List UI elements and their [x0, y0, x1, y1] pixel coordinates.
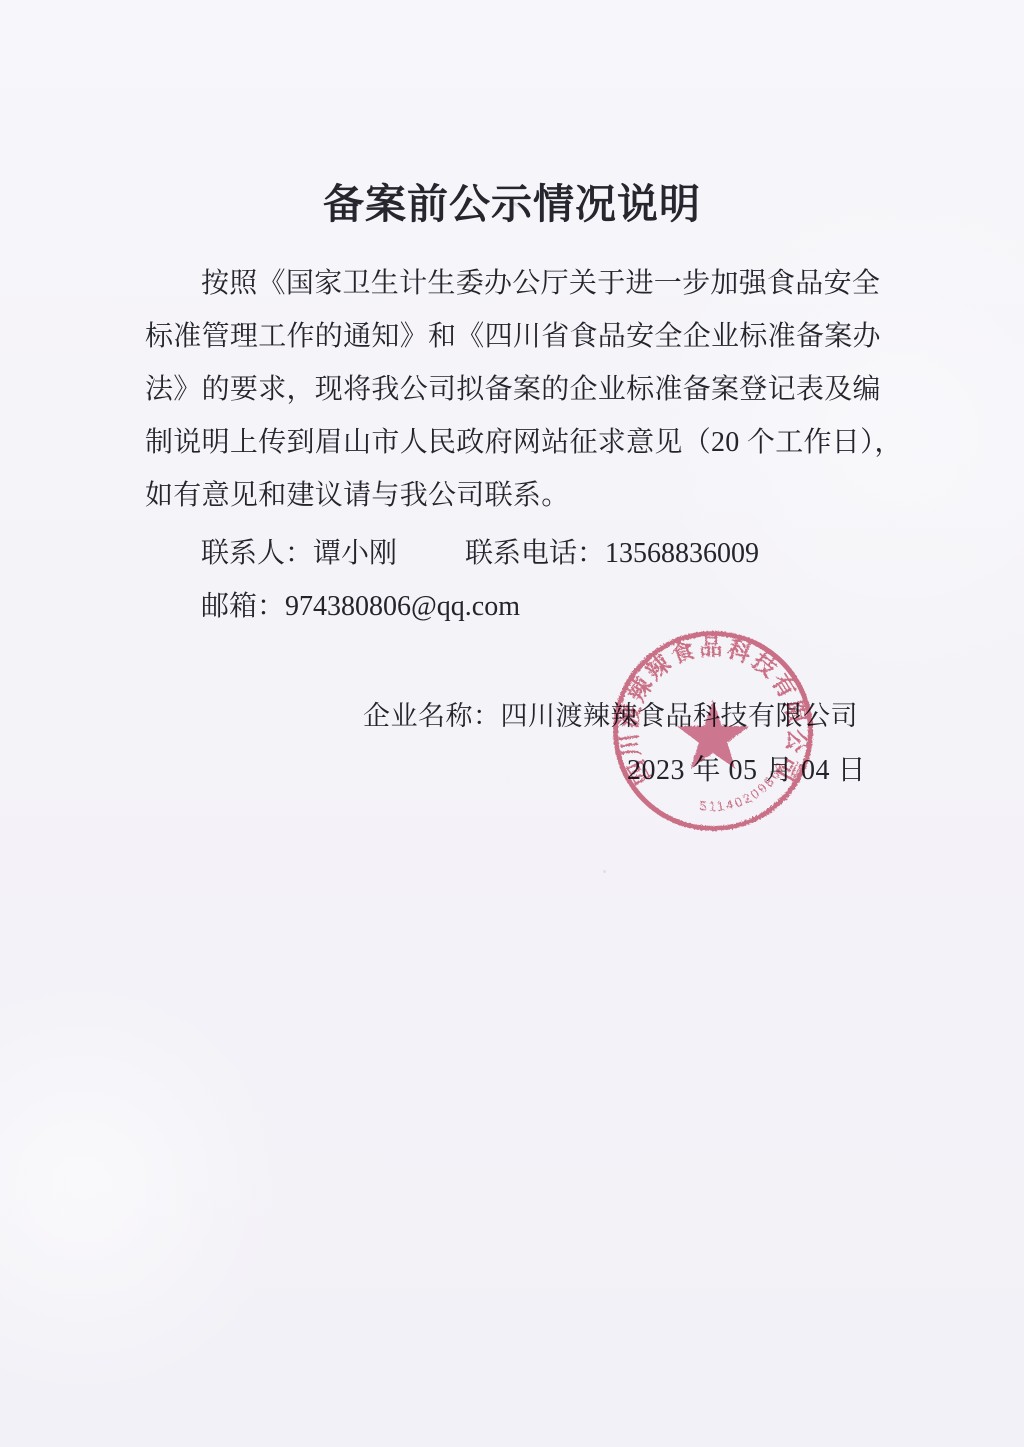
star-icon: [677, 700, 749, 769]
contact-person-value: 谭小刚: [313, 538, 397, 569]
contact-person-label: 联系人：: [201, 538, 313, 569]
contact-block: 联系人：谭小刚联系电话：13568836009 邮箱：974380806@qq.…: [145, 527, 890, 633]
email-value: 974380806@qq.com: [285, 591, 520, 622]
document-title: 备案前公示情况说明: [0, 171, 1024, 230]
body-line: 标准管理工作的通知》和《四川省食品安全企业标准备案办: [145, 310, 890, 363]
contact-phone-value: 13568836009: [605, 538, 759, 569]
company-seal-stamp: 四川渡辣辣食品科技有限公司 51140209862: [603, 621, 823, 841]
contact-phone-label: 联系电话：: [465, 538, 605, 569]
body-line: 如有意见和建议请与我公司联系。: [145, 469, 890, 522]
contact-row: 联系人：谭小刚联系电话：13568836009: [145, 527, 890, 580]
body-line: 制说明上传到眉山市人民政府网站征求意见（20 个工作日），: [145, 416, 890, 469]
scan-artifact: [603, 870, 606, 873]
body-paragraph: 按照《国家卫生计生委办公厅关于进一步加强食品安全 标准管理工作的通知》和《四川省…: [145, 257, 890, 522]
company-label: 企业名称：: [363, 701, 501, 731]
email-label: 邮箱：: [201, 591, 285, 622]
body-line: 按照《国家卫生计生委办公厅关于进一步加强食品安全: [145, 257, 890, 310]
body-line: 法》的要求，现将我公司拟备案的企业标准备案登记表及编: [145, 363, 890, 416]
